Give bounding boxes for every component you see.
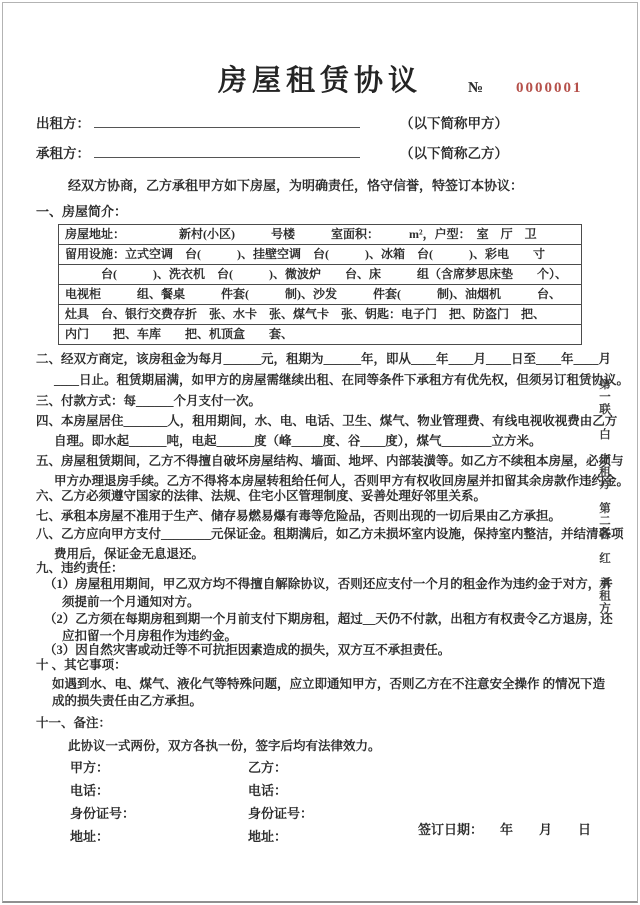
party-b-phone-label: 电话：	[248, 781, 287, 801]
table-row-facilities-1: 留用设施：立式空调 台( )、挂壁空调 台( )、冰箱 台( )、彩电 寸	[59, 244, 581, 264]
table-row-facilities-5: 内门 把、车库 把、机顶盒 套、	[59, 324, 581, 344]
party-a-address-label: 地址：	[70, 827, 109, 847]
party-b-address-label: 地址：	[248, 827, 287, 847]
party-a-phone-label: 电话：	[70, 781, 109, 801]
clause-10-line-2: 成的损失责任由乙方承担。	[52, 691, 202, 711]
clause-9-sub-1-line-1: （1）房屋租用期间，甲乙双方均不得擅自解除协议，否则还应支付一个月的租金作为违约…	[44, 574, 613, 594]
lessor-label: 出租方：	[36, 116, 90, 131]
clause-7: 七、承租本房屋不准用于生产、储存易燃易爆有毒等危险品，否则出现的一切后果由乙方承…	[36, 506, 561, 526]
table-row-facilities-3: 电视柜 组、餐桌 件套( 制)、沙发 件套( 制)、油烟机 台、	[59, 284, 581, 304]
lessor-blank-underline	[94, 112, 360, 128]
lessee-label: 承租方：	[36, 146, 90, 161]
lessor-row: 出租方：（以下简称甲方）	[36, 112, 508, 132]
signing-date-label: 签订日期：	[418, 820, 483, 840]
party-b-signature-label: 乙方：	[248, 758, 287, 778]
clause-2-line-2: ____日止。租赁期届满，如甲方的房屋需继续出租、在同等条件下承租方有优先权，但…	[54, 370, 629, 390]
lessor-note: （以下简称甲方）	[400, 116, 508, 131]
serial-number: 0000001	[516, 80, 583, 97]
party-a-id-label: 身份证号：	[70, 804, 135, 824]
clause-3: 三、付款方式：每______个月支付一次。	[36, 391, 261, 411]
clause-11-body: 此协议一式两份，双方各执一份，签字后均有法律效力。	[68, 736, 381, 756]
clause-6: 六、乙方必须遵守国家的法律、法规、住宅小区管理制度、妥善处理好邻里关系。	[36, 486, 486, 506]
party-b-id-label: 身份证号：	[248, 804, 313, 824]
clause-4-line-1: 四、本房屋居住_______人，租用期间，水、电、电话、卫生、煤气、物业管理费、…	[36, 411, 617, 431]
clause-5-line-1: 五、房屋租赁期间，乙方不得擅自破坏房屋结构、墙面、地坪、内部装潢等。如乙方不续租…	[36, 451, 624, 471]
clause-10-heading: 十 、其它事项：	[36, 655, 127, 675]
lessee-row: 承租方：（以下简称乙方）	[36, 142, 508, 162]
section-1-heading: 一、房屋简介：	[36, 202, 127, 222]
margin-copy-1-label: 第一联 白 出租方	[596, 378, 612, 491]
margin-copy-2-label: 第二联 红 承租方	[596, 502, 612, 615]
clause-8-line-1: 八、乙方应向甲方支付________元保证金。租期满后，如乙方未损坏室内设施，保…	[36, 524, 624, 544]
signing-date-blanks: 年 月 日	[500, 820, 591, 840]
lessee-note: （以下简称乙方）	[400, 146, 508, 161]
clause-4-line-2: 自理。即水起______吨，电起______度（峰_____度、谷____度），…	[54, 431, 542, 451]
clause-2-line-1: 二、经双方商定，该房租金为每月______元，租期为______年，即从____…	[36, 349, 611, 369]
intro-paragraph: 经双方协商，乙方承租甲方如下房屋，为明确责任，恪守信誉，特签订本协议：	[36, 176, 628, 196]
clause-11-heading: 十一、备注：	[36, 713, 111, 733]
party-a-signature-label: 甲方：	[70, 758, 109, 778]
table-row-facilities-2: 台( )、洗衣机 台( )、微波炉 台、床 组（含席梦思床垫 个）、	[59, 264, 581, 284]
facilities-table: 房屋地址： 新村(小区) 号楼 室面积： m²，户型： 室 厅 卫 留用设施：立…	[58, 224, 582, 345]
table-row-facilities-4: 灶具 台、银行交费存折 张、水卡 张、煤气卡 张、钥匙：电子门 把、防盗门 把、	[59, 304, 581, 324]
table-row-address: 房屋地址： 新村(小区) 号楼 室面积： m²，户型： 室 厅 卫	[59, 225, 581, 244]
lessee-blank-underline	[94, 142, 360, 158]
numero-symbol: №	[468, 80, 483, 97]
